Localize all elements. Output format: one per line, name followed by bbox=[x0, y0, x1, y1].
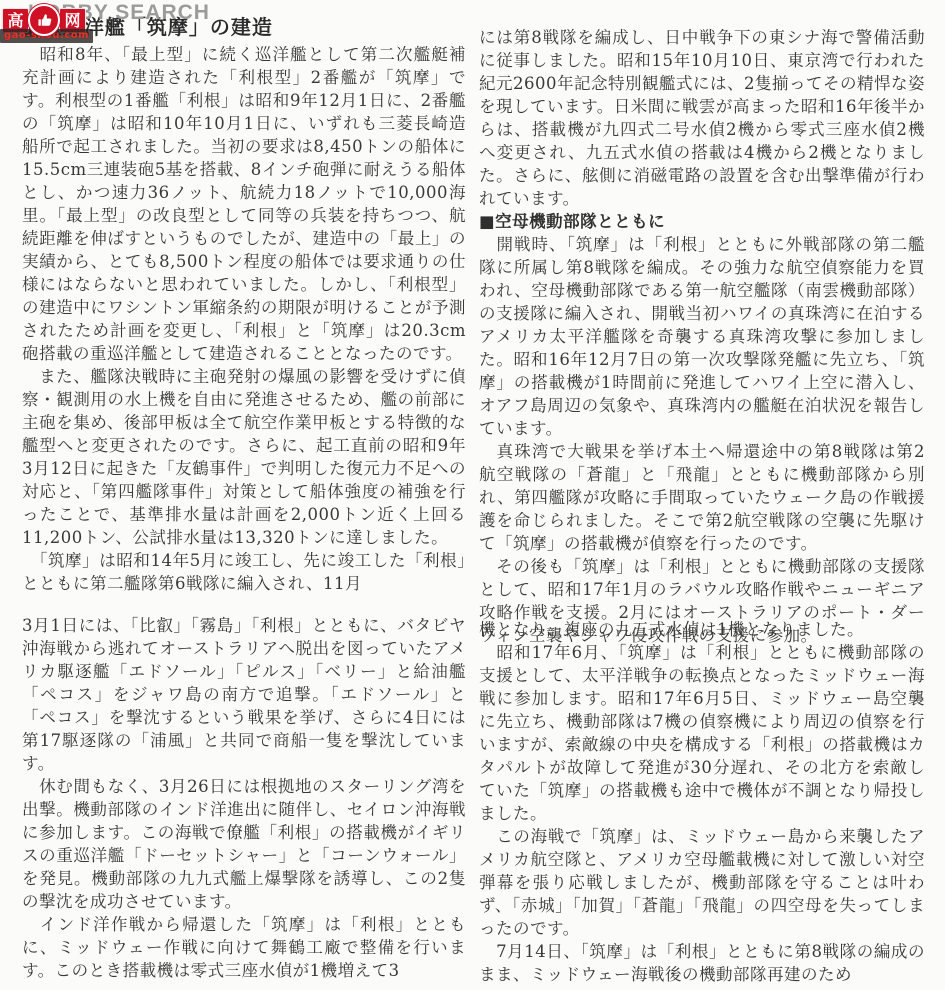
paragraph: 昭和8年、「最上型」に続く巡洋艦として第二次艦艇補充計画により建造された「利根型… bbox=[22, 43, 466, 365]
paragraph: には第8戦隊を編成し、日中戦争下の東シナ海で警備活動に従事しました。昭和15年1… bbox=[479, 26, 925, 210]
column-left-bottom: 3月1日には、「比叡」「霧島」「利根」とともに、バタビヤ沖海戦から逃れてオースト… bbox=[22, 614, 466, 982]
paragraph: インド洋作戦から帰還した「筑摩」は「利根」とともに、ミッドウェー作戦に向けて舞鶴… bbox=[22, 913, 466, 982]
thumbs-up-icon bbox=[28, 4, 60, 36]
paragraph: この海戦で「筑摩」は、ミッドウェー島から来襲したアメリカ航空隊と、アメリカ空母艦… bbox=[479, 825, 925, 940]
paragraph: 3月1日には、「比叡」「霧島」「利根」とともに、バタビヤ沖海戦から逃れてオースト… bbox=[22, 614, 466, 775]
column-right-top: には第8戦隊を編成し、日中戦争下の東シナ海で警備活動に従事しました。昭和15年1… bbox=[479, 26, 925, 647]
column-left-top: ■重巡洋艦「筑摩」の建造 昭和8年、「最上型」に続く巡洋艦として第二次艦艇補充計… bbox=[22, 14, 466, 595]
paragraph: 「筑摩」は昭和14年5月に竣工し、先に竣工した「利根」とともに第二艦隊第6戦隊に… bbox=[22, 549, 466, 595]
paragraph: 開戦時、「筑摩」は「利根」とともに外戦部隊の第二艦隊に所属し第8戦隊を編成。その… bbox=[479, 233, 925, 440]
paragraph: 真珠湾で大戦果を挙げ本土へ帰還途中の第8戦隊は第2航空戦隊の「蒼龍」と「飛龍」と… bbox=[479, 440, 925, 555]
paragraph: 昭和17年6月、「筑摩」は「利根」とともに機動部隊の支援として、太平洋戦争の転換… bbox=[479, 641, 925, 825]
column-right-bottom: 機となり、複座の九五式水偵は1機となりました。 昭和17年6月、「筑摩」は「利根… bbox=[479, 618, 925, 986]
paragraph: 休む間もなく、3月26日には根拠地のスターリング湾を出撃。機動部隊のインド洋進出… bbox=[22, 775, 466, 913]
section-heading-carrier-task-force: ■空母機動部隊とともに bbox=[479, 210, 925, 233]
paragraph: また、艦隊決戦時に主砲発射の爆風の影響を受けずに偵察・観測用の水上機を自由に発進… bbox=[22, 365, 466, 549]
paragraph: 7月14日、「筑摩」は「利根」とともに第8戦隊の編成のまま、ミッドウェー海戦後の… bbox=[479, 940, 925, 986]
scanned-article-page: ■重巡洋艦「筑摩」の建造 昭和8年、「最上型」に続く巡洋艦として第二次艦艇補充計… bbox=[0, 0, 945, 990]
watermark: HOBBY SEARCH 高 网 gao-shou.com bbox=[0, 0, 230, 46]
paragraph: 機となり、複座の九五式水偵は1機となりました。 bbox=[479, 618, 925, 641]
